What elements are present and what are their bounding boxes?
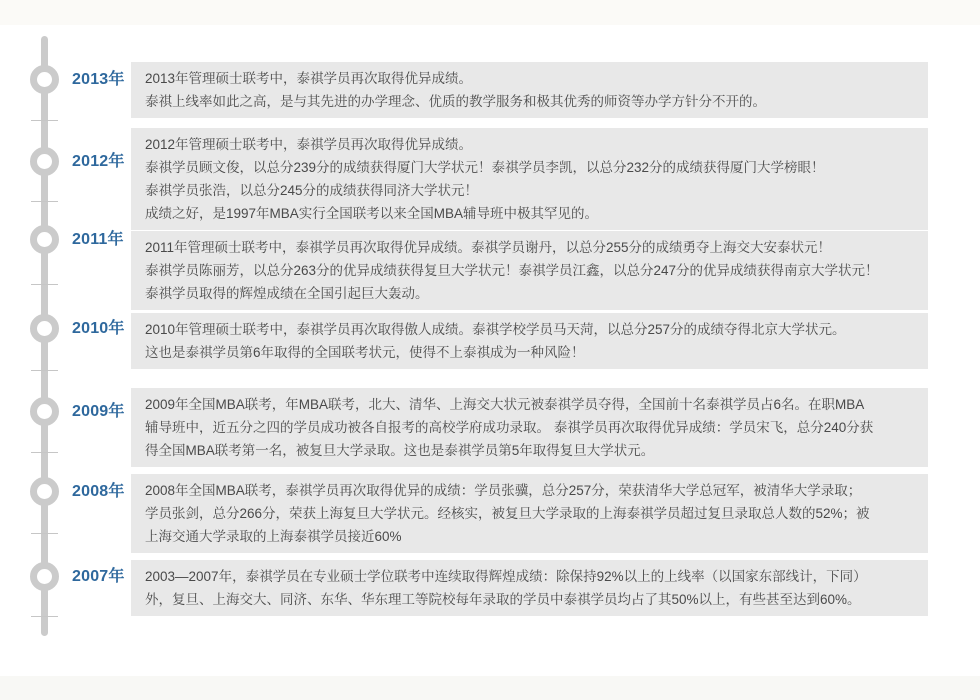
timeline-tick bbox=[31, 533, 58, 534]
achievements-timeline-page: 2013年2013年管理硕士联考中，泰祺学员再次取得优异成绩。泰祺上线率如此之高… bbox=[0, 0, 980, 700]
timeline-entry-text-line: 2010年管理硕士联考中，泰祺学员再次取得傲人成绩。泰祺学校学员马天菏，以总分2… bbox=[145, 318, 914, 341]
timeline-entry-box-2011: 2011年管理硕士联考中，泰祺学员再次取得优异成绩。泰祺学员谢丹，以总分255分… bbox=[131, 231, 928, 310]
timeline-entry-text-line: 泰祺学员顾文俊，以总分239分的成绩获得厦门大学状元！泰祺学员李凯，以总分232… bbox=[145, 156, 914, 179]
timeline-entry-text-line: 上海交通大学录取的上海泰祺学员接近60% bbox=[145, 525, 914, 548]
timeline-entry-text-line: 这也是泰祺学员第6年取得的全国联考状元，使得不上泰祺成为一种风险！ bbox=[145, 341, 914, 364]
timeline-node-2007 bbox=[30, 562, 59, 591]
timeline-entry-text-line: 2012年管理硕士联考中，泰祺学员再次取得优异成绩。 bbox=[145, 133, 914, 156]
timeline-entry-text-line: 泰祺学员陈丽芳，以总分263分的优异成绩获得复旦大学状元！泰祺学员江鑫，以总分2… bbox=[145, 259, 914, 282]
timeline-tick bbox=[31, 201, 58, 202]
timeline-node-2009 bbox=[30, 397, 59, 426]
timeline-entry-text-line: 泰祺学员张浩，以总分245分的成绩获得同济大学状元！ bbox=[145, 179, 914, 202]
timeline-entry-text-line: 泰祺上线率如此之高，是与其先进的办学理念、优质的教学服务和极其优秀的师资等办学方… bbox=[145, 90, 914, 113]
timeline-entry-text-line: 泰祺学员取得的辉煌成绩在全国引起巨大轰动。 bbox=[145, 282, 914, 305]
timeline-entry-text-line: 外，复旦、上海交大、同济、东华、华东理工等院校每年录取的学员中泰祺学员均占了其5… bbox=[145, 588, 914, 611]
timeline-entry-text-line: 2008年全国MBA联考，泰祺学员再次取得优异的成绩：学员张骥，总分257分，荣… bbox=[145, 479, 914, 502]
timeline-node-2011 bbox=[30, 225, 59, 254]
timeline-entry-text-line: 2013年管理硕士联考中，泰祺学员再次取得优异成绩。 bbox=[145, 67, 914, 90]
timeline-node-2013 bbox=[30, 65, 59, 94]
timeline-entry-box-2013: 2013年管理硕士联考中，泰祺学员再次取得优异成绩。泰祺上线率如此之高，是与其先… bbox=[131, 62, 928, 118]
timeline-node-2010 bbox=[30, 314, 59, 343]
page-bottom-strip bbox=[0, 676, 980, 700]
timeline-tick bbox=[31, 452, 58, 453]
timeline-tick bbox=[31, 370, 58, 371]
timeline-tick bbox=[31, 284, 58, 285]
timeline-entry-box-2010: 2010年管理硕士联考中，泰祺学员再次取得傲人成绩。泰祺学校学员马天菏，以总分2… bbox=[131, 313, 928, 369]
timeline-node-2012 bbox=[30, 147, 59, 176]
timeline-entry-box-2009: 2009年全国MBA联考，年MBA联考，北大、清华、上海交大状元被泰祺学员夺得，… bbox=[131, 388, 928, 467]
timeline-entry-text-line: 成绩之好，是1997年MBA实行全国联考以来全国MBA辅导班中极其罕见的。 bbox=[145, 202, 914, 225]
page-top-strip bbox=[0, 0, 980, 25]
timeline-entry-text-line: 得全国MBA联考第一名，被复旦大学录取。这也是泰祺学员第5年取得复旦大学状元。 bbox=[145, 439, 914, 462]
timeline-tick bbox=[31, 120, 58, 121]
timeline-entry-box-2007: 2003—2007年，泰祺学员在专业硕士学位联考中连续取得辉煌成绩：除保持92%… bbox=[131, 560, 928, 616]
timeline-entry-text-line: 2003—2007年，泰祺学员在专业硕士学位联考中连续取得辉煌成绩：除保持92%… bbox=[145, 565, 914, 588]
timeline-entry-text-line: 2009年全国MBA联考，年MBA联考，北大、清华、上海交大状元被泰祺学员夺得，… bbox=[145, 393, 914, 416]
timeline-entry-text-line: 辅导班中，近五分之四的学员成功被各自报考的高校学府成功录取。 泰祺学员再次取得优… bbox=[145, 416, 914, 439]
timeline-tick bbox=[31, 616, 58, 617]
timeline-entry-text-line: 学员张剑，总分266分，荣获上海复旦大学状元。经核实，被复旦大学录取的上海泰祺学… bbox=[145, 502, 914, 525]
timeline-entry-text-line: 2011年管理硕士联考中，泰祺学员再次取得优异成绩。泰祺学员谢丹，以总分255分… bbox=[145, 236, 914, 259]
timeline-entry-box-2008: 2008年全国MBA联考，泰祺学员再次取得优异的成绩：学员张骥，总分257分，荣… bbox=[131, 474, 928, 553]
timeline-node-2008 bbox=[30, 477, 59, 506]
timeline-entry-box-2012: 2012年管理硕士联考中，泰祺学员再次取得优异成绩。泰祺学员顾文俊，以总分239… bbox=[131, 128, 928, 230]
